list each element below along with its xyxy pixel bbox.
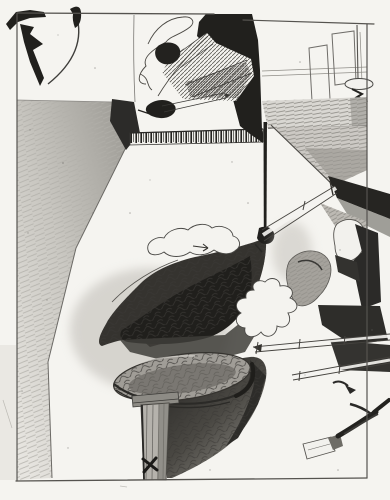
margin-shading <box>0 345 16 480</box>
lamp-shade <box>345 79 373 90</box>
artwork-canvas: Abstract pencil and ink sketch of a room… <box>0 0 390 500</box>
pole-shaft <box>264 122 268 228</box>
baseboard-band <box>262 97 367 129</box>
baseboard-dark-end <box>350 97 367 127</box>
sketch-artwork: Abstract pencil and ink sketch of a room… <box>0 0 390 500</box>
